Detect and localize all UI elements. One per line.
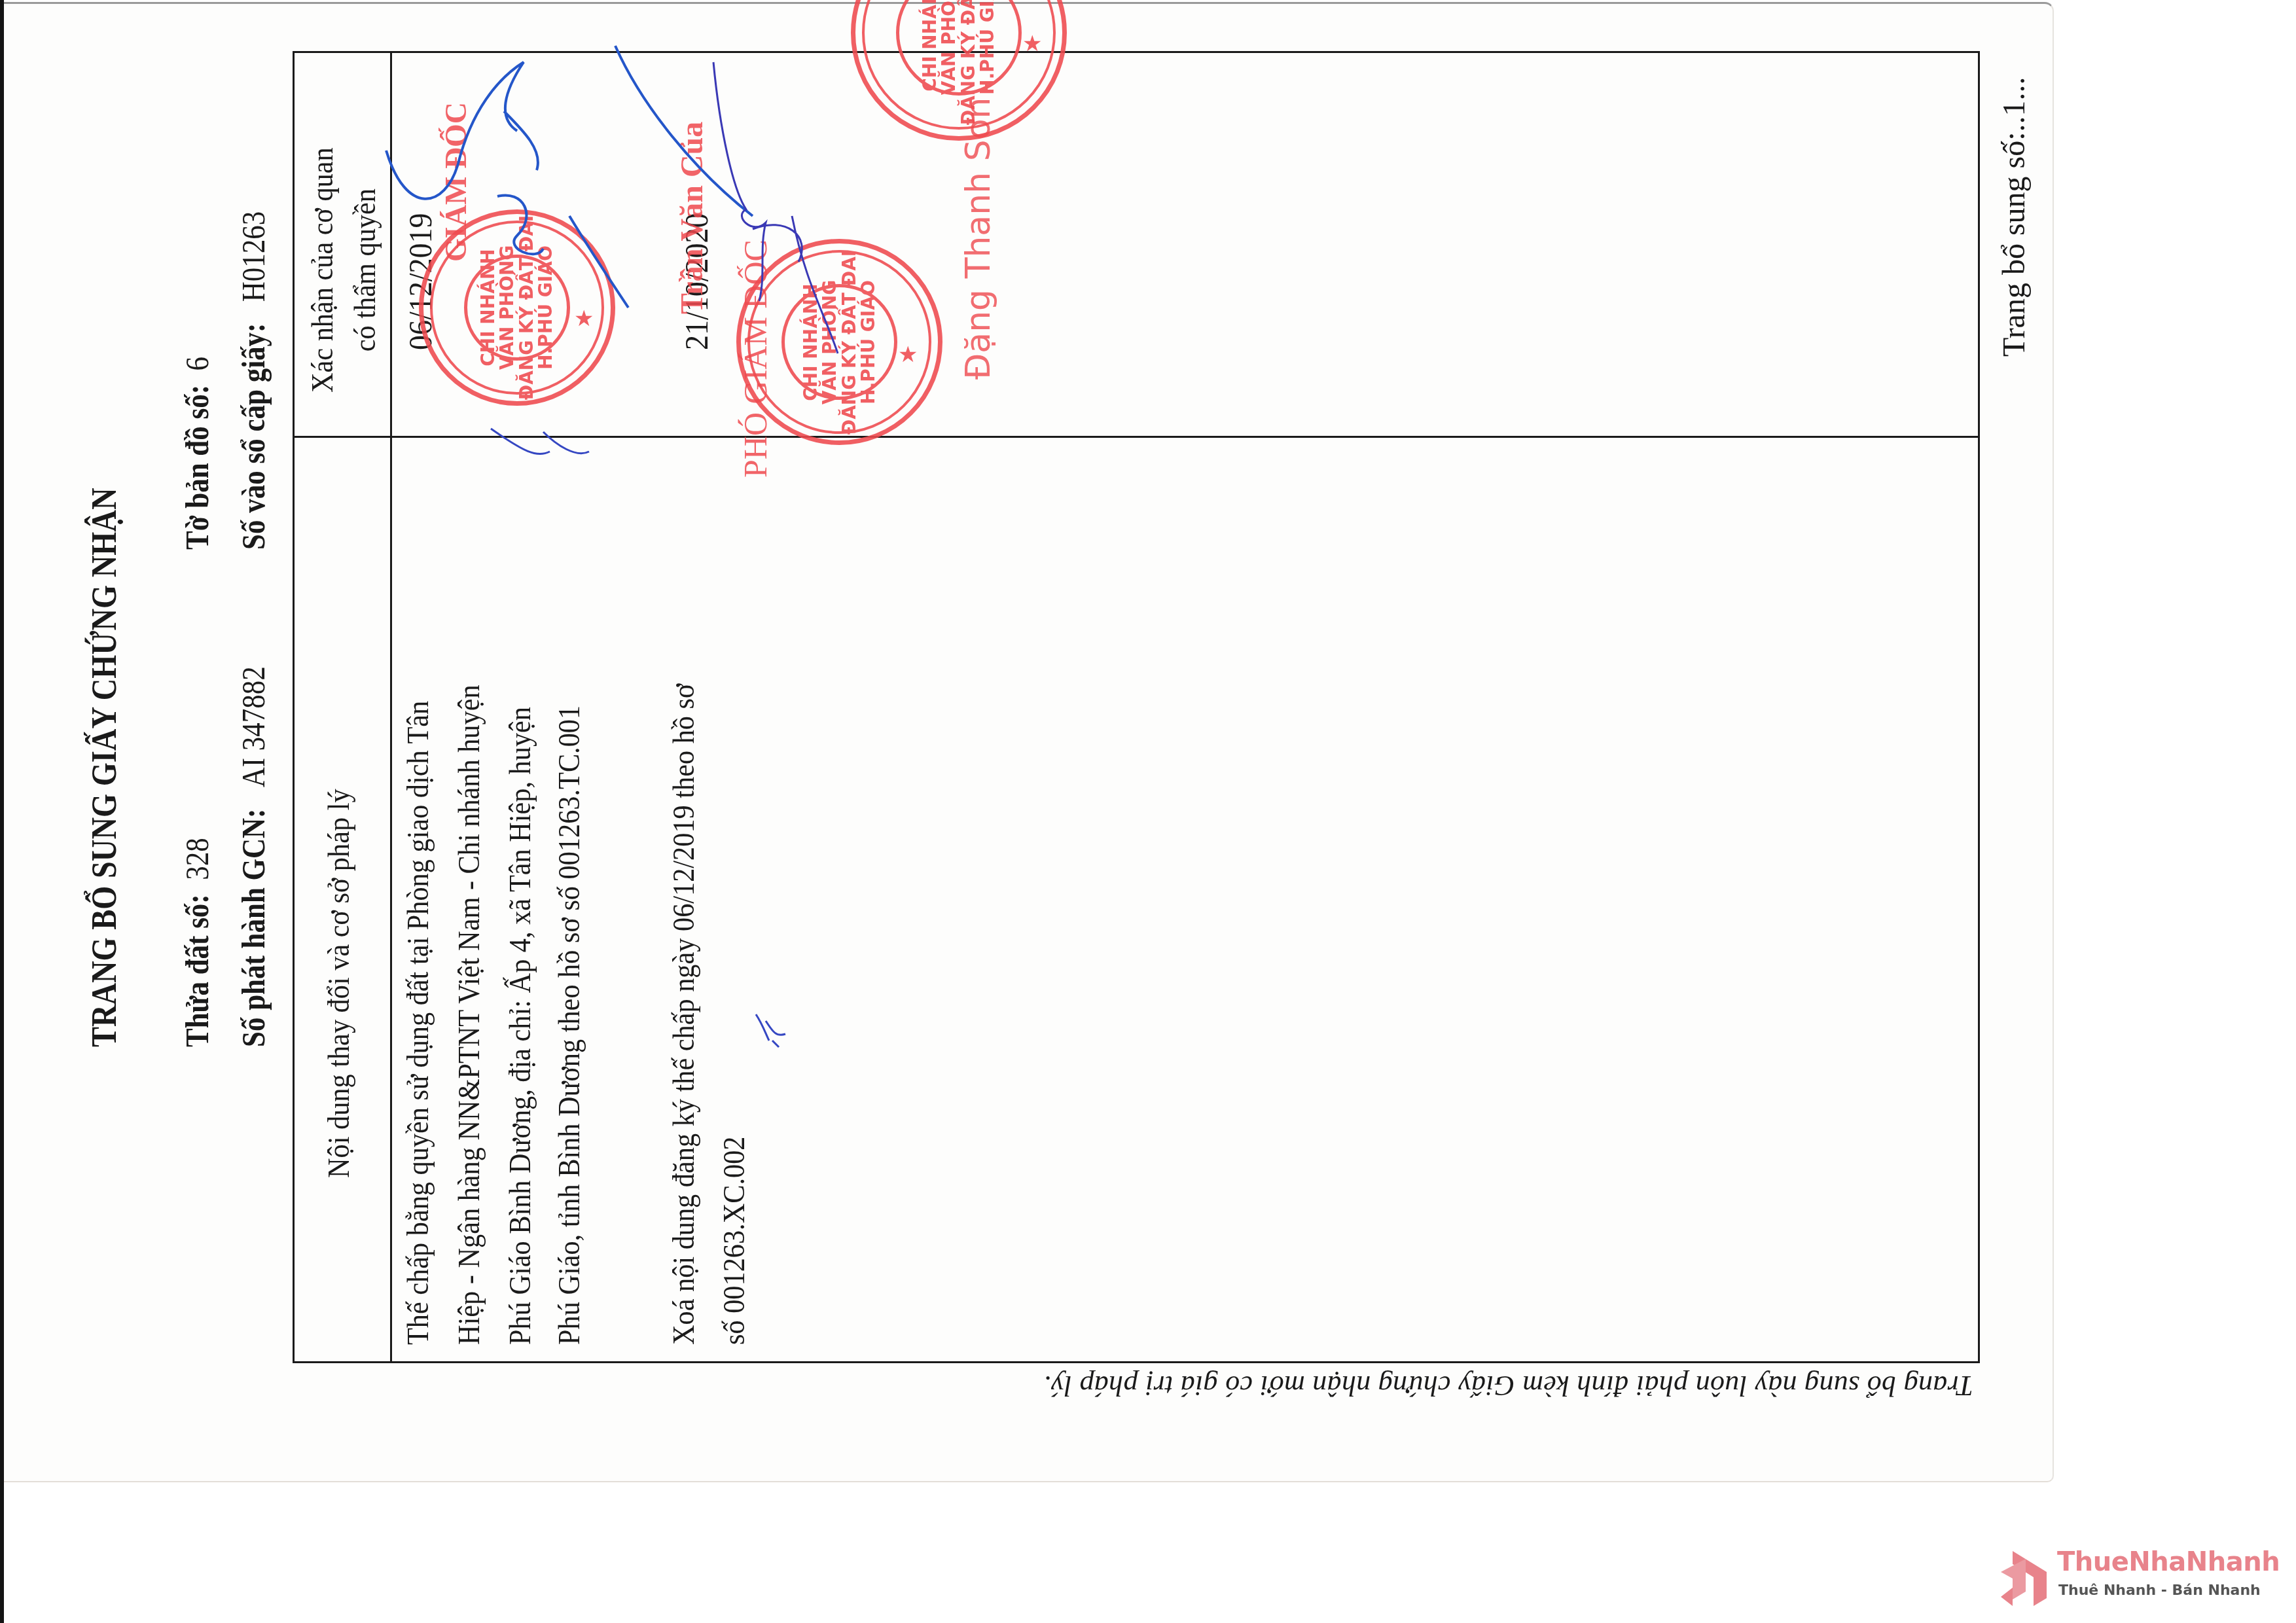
brand-name: ThueNhaNhanh bbox=[2057, 1547, 2280, 1577]
official-seal-1: CHI NHÁNHVĂN PHÒNGĐĂNG KÝ ĐẤT ĐAIH.PHÚ G… bbox=[419, 209, 615, 406]
seal-star-icon: ★ bbox=[574, 306, 594, 332]
entry-1-line-3: Phú Giáo Bình Dương, địa chỉ: Ấp 4, xã T… bbox=[503, 707, 538, 1345]
official-seal-2: CHI NHÁNHVĂN PHÒNGĐĂNG KÝ ĐẤT ĐAIH.PHÚ G… bbox=[736, 239, 942, 445]
parcel-number-value: 328 bbox=[179, 838, 215, 880]
issue-number-label: Số phát hành GCN: bbox=[235, 809, 272, 1047]
entry-1-line-1: Thế chấp bằng quyền sử dụng đất tại Phòn… bbox=[401, 701, 436, 1345]
header-authority-line1: Xác nhận của cơ quan bbox=[308, 147, 338, 393]
header-divider bbox=[390, 53, 392, 1361]
seal-star-icon: ★ bbox=[898, 342, 918, 368]
entry-1-line-2: Hiệp - Ngân hàng NN&PTNT Việt Nam - Chi … bbox=[452, 685, 487, 1345]
header-authority-confirmation: Xác nhận của cơ quan có thẩm quyền bbox=[308, 147, 381, 393]
register-number-field: Số vào sổ cấp giấy: H01263 bbox=[234, 211, 272, 550]
parcel-number-label: Thửa đất số: bbox=[179, 894, 215, 1047]
validity-footer-note: Trang bổ sung này luôn phải đính kèm Giấ… bbox=[844, 1369, 1973, 1402]
entry-1-line-4: Phú Giáo, tỉnh Bình Dương theo hồ sơ số … bbox=[552, 705, 587, 1345]
issue-number-value: AI 347882 bbox=[235, 666, 272, 787]
house-arrow-logo-icon bbox=[2000, 1546, 2052, 1608]
supplement-page-number: Trang bổ sung số:..1... bbox=[1996, 77, 2032, 357]
entry-2-line-1: Xoá nội dung đăng ký thế chấp ngày 06/12… bbox=[666, 684, 702, 1345]
column-divider bbox=[295, 436, 1978, 438]
brand-tagline: Thuê Nhanh - Bán Nhanh bbox=[2058, 1582, 2261, 1599]
register-number-value: H01263 bbox=[235, 211, 272, 302]
parcel-number-field: Thửa đất số: 328 bbox=[178, 838, 216, 1047]
map-sheet-label: Tờ bản đồ số: bbox=[179, 385, 215, 550]
header-change-content: Nội dung thay đổi và cơ sở pháp lý bbox=[324, 789, 355, 1178]
map-sheet-field: Tờ bản đồ số: 6 bbox=[178, 357, 216, 550]
seal-star-icon: ★ bbox=[1022, 31, 1042, 57]
entry-1-signer-name: Trần Văn Của bbox=[674, 122, 710, 314]
issue-number-field: Số phát hành GCN: AI 347882 bbox=[234, 666, 272, 1047]
header-authority-line2: có thẩm quyền bbox=[350, 147, 381, 393]
register-number-label: Số vào sổ cấp giấy: bbox=[235, 323, 272, 550]
watermark-logo: ThueNhaNhanh Thuê Nhanh - Bán Nhanh bbox=[2000, 1546, 2287, 1611]
map-sheet-value: 6 bbox=[179, 357, 215, 371]
page-title: TRANG BỔ SUNG GIẤY CHỨNG NHẬN bbox=[84, 488, 124, 1047]
entry-2-line-2: số 001263.XC.002 bbox=[717, 1137, 752, 1345]
